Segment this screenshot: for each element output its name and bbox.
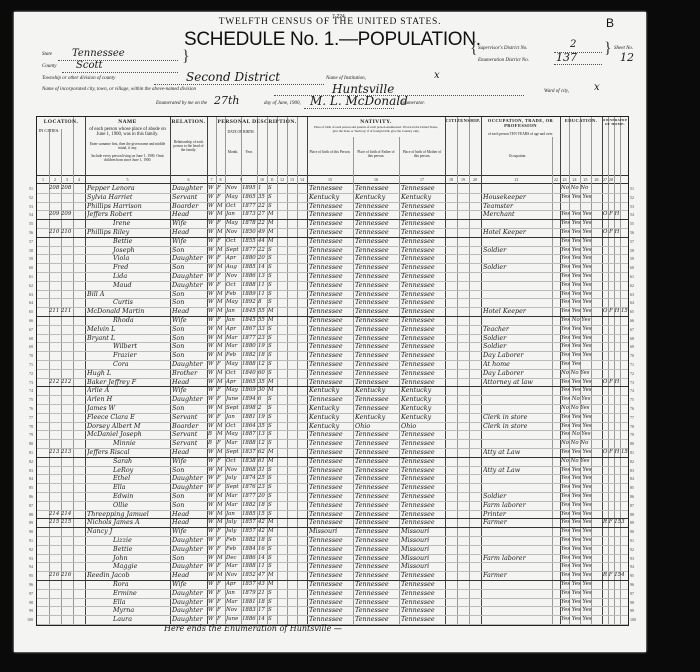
home-ownership: R F 153 bbox=[603, 518, 628, 527]
father-birthplace: Tennessee bbox=[355, 483, 399, 492]
birth-year: 1845 bbox=[242, 307, 257, 316]
color: W bbox=[208, 378, 217, 387]
line-number-right: 66 bbox=[630, 318, 642, 323]
location-header: LOCATION. bbox=[37, 119, 85, 125]
line-number: 74 bbox=[21, 388, 33, 393]
occupation: Teamster bbox=[483, 202, 552, 211]
relation: Boarder bbox=[172, 202, 207, 211]
marital-status: S bbox=[268, 360, 277, 369]
color: W bbox=[208, 254, 217, 263]
line-number-right: 98 bbox=[630, 600, 642, 605]
home-ownership: O F H bbox=[603, 228, 628, 237]
line-number: 73 bbox=[21, 380, 33, 385]
birth-year: 1886 bbox=[242, 272, 257, 281]
father-birthplace: Tennessee bbox=[355, 615, 399, 624]
sex: F bbox=[217, 316, 226, 325]
line-number: 76 bbox=[21, 406, 33, 411]
father-birthplace: Tennessee bbox=[355, 351, 399, 360]
mother-birthplace: Kentucky bbox=[401, 404, 445, 413]
age: 13 bbox=[258, 430, 267, 439]
age: 14 bbox=[258, 615, 267, 624]
sex: M bbox=[217, 571, 226, 580]
line-number: 71 bbox=[21, 362, 33, 367]
column-number: 18 bbox=[445, 177, 457, 182]
birth-month: May bbox=[226, 386, 241, 395]
sex: F bbox=[217, 474, 226, 483]
county-label: County bbox=[42, 64, 56, 69]
in-cities-header: IN CITIES. bbox=[37, 129, 61, 134]
schedule-title: SCHEDULE No. 1.—POPULATION. bbox=[184, 29, 481, 51]
column-number: 19 bbox=[457, 177, 469, 182]
birth-year: 1865 bbox=[242, 193, 257, 202]
line-number: 100 bbox=[21, 617, 33, 622]
mother-birthplace: Missouri bbox=[401, 536, 445, 545]
brace-right-close: } bbox=[604, 40, 612, 58]
table-row: 6161LidaDaughterWFNov188613STennesseeTen… bbox=[37, 272, 628, 281]
birth-month: Apr bbox=[226, 254, 241, 263]
birth-month: Oct bbox=[226, 457, 241, 466]
institution-label: Name of Institution, bbox=[326, 76, 366, 81]
birth-month: Oct bbox=[226, 422, 241, 431]
education: Yes Yes Yes bbox=[561, 281, 602, 290]
table-row: 8585EllaDaughterWFSept187623STennesseeTe… bbox=[37, 483, 628, 492]
age: 35 bbox=[258, 378, 267, 387]
relation: Son bbox=[172, 342, 207, 351]
marital-status: S bbox=[268, 430, 277, 439]
line-number-right: 59 bbox=[630, 256, 642, 261]
enumerated-day: 27th bbox=[214, 94, 240, 107]
occupation: Merchant bbox=[483, 210, 552, 219]
marital-status: S bbox=[268, 483, 277, 492]
mother-birthplace: Missouri bbox=[401, 562, 445, 571]
mother-birthplace: Kentucky bbox=[401, 386, 445, 395]
birth-month: Mar bbox=[226, 492, 241, 501]
line-number: 88 bbox=[21, 512, 33, 517]
line-number-right: 57 bbox=[630, 239, 642, 244]
table-row: 8484EthelDaughterWFJuly187425STennesseeT… bbox=[37, 474, 628, 483]
line-number: 67 bbox=[21, 327, 33, 332]
birthplace: Tennessee bbox=[309, 554, 353, 563]
education: Yes Yes Yes bbox=[561, 378, 602, 387]
occupation: Clerk in store bbox=[483, 422, 552, 431]
mother-birthplace: Tennessee bbox=[401, 571, 445, 580]
enumerator-label: Enumerator. bbox=[400, 101, 425, 106]
family-number: 210 bbox=[61, 228, 73, 237]
table-row: 9595216216Reedin JacobHeadWMNov185247MTe… bbox=[37, 571, 628, 580]
birth-year: 1857 bbox=[242, 527, 257, 536]
sex: M bbox=[217, 342, 226, 351]
line-number-right: 70 bbox=[630, 353, 642, 358]
table-row: 5858JosephSonWMSept187722STennesseeTenne… bbox=[37, 246, 628, 255]
line-number-right: 96 bbox=[630, 582, 642, 587]
marital-status: S bbox=[268, 474, 277, 483]
birth-year: 1857 bbox=[242, 580, 257, 589]
line-number: 59 bbox=[21, 256, 33, 261]
marital-status: S bbox=[268, 413, 277, 422]
sex: M bbox=[217, 202, 226, 211]
family-number: 215 bbox=[61, 518, 73, 527]
person-name: Baker Jeffrey F bbox=[87, 378, 170, 387]
person-name: Dorsey Albert M bbox=[87, 422, 170, 431]
birthplace: Tennessee bbox=[309, 219, 353, 228]
relation: Wife bbox=[172, 237, 207, 246]
birth-year: 1837 bbox=[242, 448, 257, 457]
occupation: Soldier bbox=[483, 334, 552, 343]
sex: M bbox=[217, 263, 226, 272]
birth-year: 1888 bbox=[242, 562, 257, 571]
line-number-right: 89 bbox=[630, 520, 642, 525]
line-number: 87 bbox=[21, 503, 33, 508]
line-number-right: 79 bbox=[630, 432, 642, 437]
birth-year: 1886 bbox=[242, 615, 257, 624]
table-row: 6565211211McDonald MartinHeadWMJan184555… bbox=[37, 307, 628, 316]
father-birthplace: Tennessee bbox=[355, 439, 399, 448]
marital-status: S bbox=[268, 246, 277, 255]
education: Yes Yes Yes bbox=[561, 474, 602, 483]
year-header: Year. bbox=[241, 151, 257, 155]
relation: Son bbox=[172, 501, 207, 510]
marital-status: M bbox=[268, 219, 277, 228]
education: Yes Yes Yes bbox=[561, 536, 602, 545]
table-row: 5252Sylvia HarrietServantWFMay186535SKen… bbox=[37, 193, 628, 202]
mother-birthplace: Tennessee bbox=[401, 606, 445, 615]
color: W bbox=[208, 184, 217, 193]
person-name: Pepper Lenora bbox=[87, 184, 170, 193]
line-number-right: 71 bbox=[630, 362, 642, 367]
relation: Son bbox=[172, 404, 207, 413]
age: 33 bbox=[258, 325, 267, 334]
marital-status: S bbox=[268, 290, 277, 299]
birth-year: 1881 bbox=[242, 413, 257, 422]
birth-month: Feb bbox=[226, 351, 241, 360]
birth-month: Jan bbox=[226, 210, 241, 219]
line-number-right: 51 bbox=[630, 186, 642, 191]
birthplace: Tennessee bbox=[309, 281, 353, 290]
color: W bbox=[208, 369, 217, 378]
age: 23 bbox=[258, 334, 267, 343]
father-birthplace: Tennessee bbox=[355, 360, 399, 369]
sex: M bbox=[217, 422, 226, 431]
education: Yes Yes Yes bbox=[561, 580, 602, 589]
home-ownership: O F H bbox=[603, 378, 628, 387]
nativity-person-header: Place of birth of this Person. bbox=[309, 151, 351, 155]
birth-year: 1888 bbox=[242, 360, 257, 369]
education: Yes Yes Yes bbox=[561, 501, 602, 510]
father-birthplace: Tennessee bbox=[355, 554, 399, 563]
name-desc: of each person whose place of abode on J… bbox=[89, 127, 166, 138]
education: Yes Yes bbox=[561, 360, 602, 369]
birthplace: Kentucky bbox=[309, 422, 353, 431]
birth-month: Oct bbox=[226, 237, 241, 246]
enumeration-value: 137 bbox=[556, 51, 577, 64]
line-number: 78 bbox=[21, 424, 33, 429]
birth-year: 1838 bbox=[242, 457, 257, 466]
father-birthplace: Tennessee bbox=[355, 430, 399, 439]
father-birthplace: Tennessee bbox=[355, 334, 399, 343]
line-number: 83 bbox=[21, 468, 33, 473]
relation: Daughter bbox=[172, 589, 207, 598]
father-birthplace: Tennessee bbox=[355, 342, 399, 351]
age: 35 bbox=[258, 422, 267, 431]
table-row: 9898EllaDaughterWFMar188118STennesseeTen… bbox=[37, 598, 628, 607]
color: W bbox=[208, 589, 217, 598]
relation: Daughter bbox=[172, 598, 207, 607]
color: W bbox=[208, 228, 217, 237]
education: Yes Yes Yes bbox=[561, 554, 602, 563]
census-sheet: 7-224. TWELFTH CENSUS OF THE UNITED STAT… bbox=[14, 12, 646, 652]
marital-status: M bbox=[268, 228, 277, 237]
name-note-1: Enter surname first, then the given name… bbox=[89, 143, 166, 151]
father-birthplace: Tennessee bbox=[355, 536, 399, 545]
sex: M bbox=[217, 510, 226, 519]
family-number: 211 bbox=[61, 307, 73, 316]
mother-birthplace: Tennessee bbox=[401, 254, 445, 263]
father-birthplace: Tennessee bbox=[355, 571, 399, 580]
table-row: 5353Phillips HarrisonBoarderWMOct187722S… bbox=[37, 202, 628, 211]
father-birthplace: Tennessee bbox=[355, 395, 399, 404]
mother-birthplace: Tennessee bbox=[401, 378, 445, 387]
education: Yes Yes Yes bbox=[561, 237, 602, 246]
line-number: 53 bbox=[21, 204, 33, 209]
line-number-right: 67 bbox=[630, 327, 642, 332]
marital-status: S bbox=[268, 281, 277, 290]
home-ownership: R F 154 bbox=[603, 571, 628, 580]
line-number: 68 bbox=[21, 336, 33, 341]
color: W bbox=[208, 598, 217, 607]
line-number: 69 bbox=[21, 344, 33, 349]
enumerator-name: M. L. McDonald bbox=[310, 94, 408, 108]
marital-status: M bbox=[268, 457, 277, 466]
color: W bbox=[208, 325, 217, 334]
column-number: 12 bbox=[277, 177, 287, 182]
birth-year: 1877 bbox=[242, 202, 257, 211]
father-birthplace: Tennessee bbox=[355, 545, 399, 554]
marital-status: S bbox=[268, 598, 277, 607]
color: W bbox=[208, 246, 217, 255]
birthplace: Tennessee bbox=[309, 448, 353, 457]
column-number: 20 bbox=[469, 177, 481, 182]
occupation: Attorney at law bbox=[483, 378, 552, 387]
birthplace: Tennessee bbox=[309, 571, 353, 580]
home-ownership: O F H 151 bbox=[603, 307, 628, 316]
color: W bbox=[208, 492, 217, 501]
line-number-right: 64 bbox=[630, 300, 642, 305]
line-number: 89 bbox=[21, 520, 33, 525]
table-row: 7979McDaniel JosephServantBMMay188713STe… bbox=[37, 430, 628, 439]
nativity-father-header: Place of birth of Father of this person. bbox=[355, 151, 397, 159]
mother-birthplace: Tennessee bbox=[401, 448, 445, 457]
education: Yes Yes Yes bbox=[561, 228, 602, 237]
line-number-right: 83 bbox=[630, 468, 642, 473]
birth-month: Sept bbox=[226, 483, 241, 492]
mother-birthplace: Tennessee bbox=[401, 228, 445, 237]
sex: F bbox=[217, 562, 226, 571]
marital-status: S bbox=[268, 466, 277, 475]
color: W bbox=[208, 606, 217, 615]
color: W bbox=[208, 395, 217, 404]
table-row: 8181213213Jeffers RiscalHeadWMSept183762… bbox=[37, 448, 628, 457]
line-number-right: 75 bbox=[630, 397, 642, 402]
education: Yes Yes Yes bbox=[561, 483, 602, 492]
mother-birthplace: Tennessee bbox=[401, 369, 445, 378]
age: 13 bbox=[258, 272, 267, 281]
father-birthplace: Kentucky bbox=[355, 413, 399, 422]
age: 12 bbox=[258, 439, 267, 448]
father-birthplace: Tennessee bbox=[355, 290, 399, 299]
birth-month: Nov bbox=[226, 184, 241, 193]
occupation: Farm laborer bbox=[483, 501, 552, 510]
age: 18 bbox=[258, 536, 267, 545]
age: 23 bbox=[258, 483, 267, 492]
birth-year: 1882 bbox=[242, 351, 257, 360]
occupation-desc: of each person TEN YEARS of age and over… bbox=[483, 133, 558, 137]
birth-month: Apr bbox=[226, 325, 241, 334]
birthplace: Tennessee bbox=[309, 606, 353, 615]
line-number-right: 85 bbox=[630, 485, 642, 490]
relation: Boarder bbox=[172, 422, 207, 431]
occupation: Hotel Keeper bbox=[483, 228, 552, 237]
table-row: 7676James WSonWMSept18982SKentuckyTennes… bbox=[37, 404, 628, 413]
table-row: 7272Hugh LBrotherWMOct184060STennesseeTe… bbox=[37, 369, 628, 378]
mother-birthplace: Ohio bbox=[401, 422, 445, 431]
father-birthplace: Kentucky bbox=[355, 193, 399, 202]
birthplace: Tennessee bbox=[309, 598, 353, 607]
person-name: Jeffers Riscal bbox=[87, 448, 170, 457]
line-number-right: 63 bbox=[630, 292, 642, 297]
line-number-right: 65 bbox=[630, 309, 642, 314]
father-birthplace: Tennessee bbox=[355, 492, 399, 501]
enumerator-underline bbox=[304, 108, 394, 109]
marital-status: S bbox=[268, 422, 277, 431]
line-number-right: 86 bbox=[630, 494, 642, 499]
enumerated-month-label: day of June, 1900, bbox=[264, 101, 301, 106]
birthplace: Kentucky bbox=[309, 193, 353, 202]
relation: Daughter bbox=[172, 483, 207, 492]
table-row: 9191LizzieDaughterWFFeb188218STennesseeT… bbox=[37, 536, 628, 545]
birthplace: Tennessee bbox=[309, 501, 353, 510]
birth-month: July bbox=[226, 527, 241, 536]
sex: M bbox=[217, 369, 226, 378]
birthplace: Tennessee bbox=[309, 378, 353, 387]
city-label: Name of incorporated city, town, or vill… bbox=[42, 87, 196, 92]
sex: F bbox=[217, 545, 226, 554]
relation: Daughter bbox=[172, 254, 207, 263]
line-number: 75 bbox=[21, 397, 33, 402]
age: 19 bbox=[258, 342, 267, 351]
person-name: Jeffers Robert bbox=[87, 210, 170, 219]
birthplace: Tennessee bbox=[309, 369, 353, 378]
line-number-right: 92 bbox=[630, 547, 642, 552]
family-number: 214 bbox=[61, 510, 73, 519]
birthplace: Tennessee bbox=[309, 263, 353, 272]
birth-month: May bbox=[226, 360, 241, 369]
occupation: Day Laborer bbox=[483, 369, 552, 378]
color: W bbox=[208, 334, 217, 343]
line-number-right: 76 bbox=[630, 406, 642, 411]
color: W bbox=[208, 448, 217, 457]
line-number: 91 bbox=[21, 538, 33, 543]
birth-month: Sept bbox=[226, 404, 241, 413]
mother-birthplace: Tennessee bbox=[401, 457, 445, 466]
mother-birthplace: Kentucky bbox=[401, 413, 445, 422]
sex: M bbox=[217, 378, 226, 387]
birthplace: Kentucky bbox=[309, 413, 353, 422]
mother-birthplace: Tennessee bbox=[401, 351, 445, 360]
birth-month: May bbox=[226, 430, 241, 439]
father-birthplace: Tennessee bbox=[355, 316, 399, 325]
marital-status: S bbox=[268, 325, 277, 334]
dwelling-number: 213 bbox=[49, 448, 61, 457]
table-row: 5656210210Phillips RileyHeadWMNov185049M… bbox=[37, 228, 628, 237]
marital-status: S bbox=[268, 351, 277, 360]
mother-birthplace: Tennessee bbox=[401, 466, 445, 475]
occupation: Soldier bbox=[483, 263, 552, 272]
mother-birthplace: Tennessee bbox=[401, 598, 445, 607]
line-number: 77 bbox=[21, 415, 33, 420]
sex: F bbox=[217, 386, 226, 395]
line-number-right: 53 bbox=[630, 204, 642, 209]
marital-status: S bbox=[268, 334, 277, 343]
person-name: James W bbox=[87, 404, 170, 413]
occupation-header: OCCUPATION, TRADE, OR PROFESSION bbox=[481, 119, 560, 129]
column-number: 14 bbox=[297, 177, 307, 182]
ward-value: x bbox=[594, 82, 600, 93]
relation: Daughter bbox=[172, 281, 207, 290]
relation: Daughter bbox=[172, 184, 207, 193]
table-row: 6363Bill ASonWMFeb188911STennesseeTennes… bbox=[37, 290, 628, 299]
education: Yes Yes Yes bbox=[561, 518, 602, 527]
name-header: NAME bbox=[85, 119, 170, 125]
line-number: 72 bbox=[21, 371, 33, 376]
table-row: 6060FredSonWMAug188514STennesseeTennesse… bbox=[37, 263, 628, 272]
mother-birthplace: Tennessee bbox=[401, 246, 445, 255]
line-number-right: 60 bbox=[630, 265, 642, 270]
birth-month: Apr bbox=[226, 378, 241, 387]
line-number: 98 bbox=[21, 600, 33, 605]
birthplace: Tennessee bbox=[309, 466, 353, 475]
line-number-right: 73 bbox=[630, 380, 642, 385]
relation: Daughter bbox=[172, 395, 207, 404]
birthplace: Tennessee bbox=[309, 457, 353, 466]
relation: Servant bbox=[172, 439, 207, 448]
birthplace: Tennessee bbox=[309, 325, 353, 334]
birth-month: Sept bbox=[226, 448, 241, 457]
relation: Son bbox=[172, 466, 207, 475]
birth-month: May bbox=[226, 219, 241, 228]
marital-status: M bbox=[268, 386, 277, 395]
birth-year: 1886 bbox=[242, 554, 257, 563]
father-birthplace: Tennessee bbox=[355, 562, 399, 571]
occupation: Teacher bbox=[483, 325, 552, 334]
age: 55 bbox=[258, 307, 267, 316]
table-row: 8080MinnieServantBFMar188812STennesseeTe… bbox=[37, 439, 628, 448]
mother-birthplace: Tennessee bbox=[401, 272, 445, 281]
birth-month: Nov bbox=[226, 228, 241, 237]
birth-month: Jan bbox=[226, 413, 241, 422]
table-row: 7575Arlen HDaughterWFJune18946STennessee… bbox=[37, 395, 628, 404]
birthplace: Tennessee bbox=[309, 307, 353, 316]
birth-month: Aug bbox=[226, 263, 241, 272]
education: Yes Yes Yes bbox=[561, 325, 602, 334]
birth-month: Feb bbox=[226, 536, 241, 545]
color: W bbox=[208, 571, 217, 580]
relation: Son bbox=[172, 554, 207, 563]
line-number: 80 bbox=[21, 441, 33, 446]
line-number: 82 bbox=[21, 459, 33, 464]
birth-year: 1869 bbox=[242, 386, 257, 395]
mother-birthplace: Tennessee bbox=[401, 492, 445, 501]
person-name: Arlen H bbox=[87, 395, 170, 404]
